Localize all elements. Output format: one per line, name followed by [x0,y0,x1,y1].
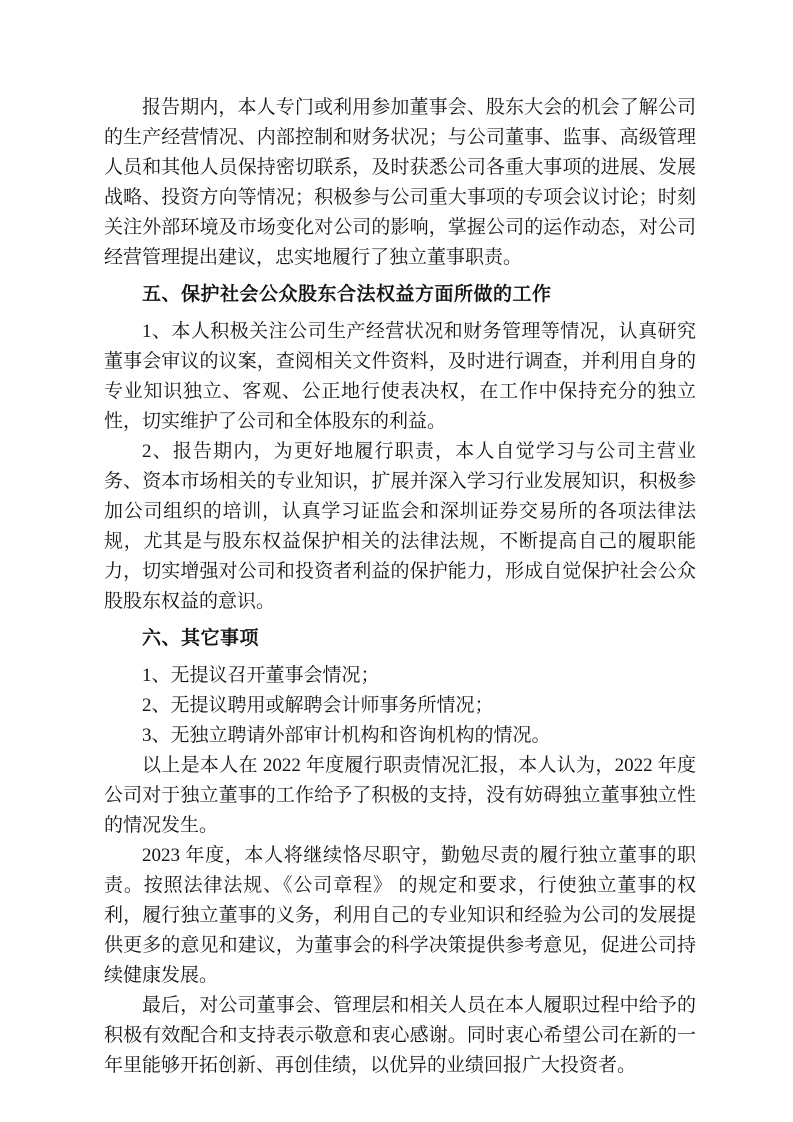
paragraph-item-2: 2、报告期内，为更好地履行职责，本人自觉学习与公司主营业务、资本市场相关的专业知… [104,437,696,617]
paragraph-closing-thanks: 最后，对公司董事会、管理层和相关人员在本人履职过程中给予的积极有效配合和支持表示… [104,991,696,1081]
document-page: 报告期内，本人专门或利用参加董事会、股东大会的机会了解公司的生产经营情况、内部控… [0,0,793,1122]
paragraph-item-1: 1、本人积极关注公司生产经营状况和财务管理等情况，认真研究董事会审议的议案，查阅… [104,317,696,437]
paragraph-duty-performance: 报告期内，本人专门或利用参加董事会、股东大会的机会了解公司的生产经营情况、内部控… [104,93,696,273]
paragraph-summary-2022: 以上是本人在 2022 年度履行职责情况汇报，本人认为，2022 年度公司对于独… [104,751,696,841]
list-item-no-board-proposal: 1、无提议召开董事会情况； [104,661,696,691]
list-item-no-external-audit: 3、无独立聘请外部审计机构和咨询机构的情况。 [104,721,696,751]
paragraph-outlook-2023: 2023 年度，本人将继续恪尽职守，勤勉尽责的履行独立董事的职责。按照法律法规、… [104,841,696,991]
heading-section-six: 六、其它事项 [104,624,696,654]
heading-section-five: 五、保护社会公众股东合法权益方面所做的工作 [104,280,696,310]
list-item-no-accounting-firm-proposal: 2、无提议聘用或解聘会计师事务所情况； [104,691,696,721]
